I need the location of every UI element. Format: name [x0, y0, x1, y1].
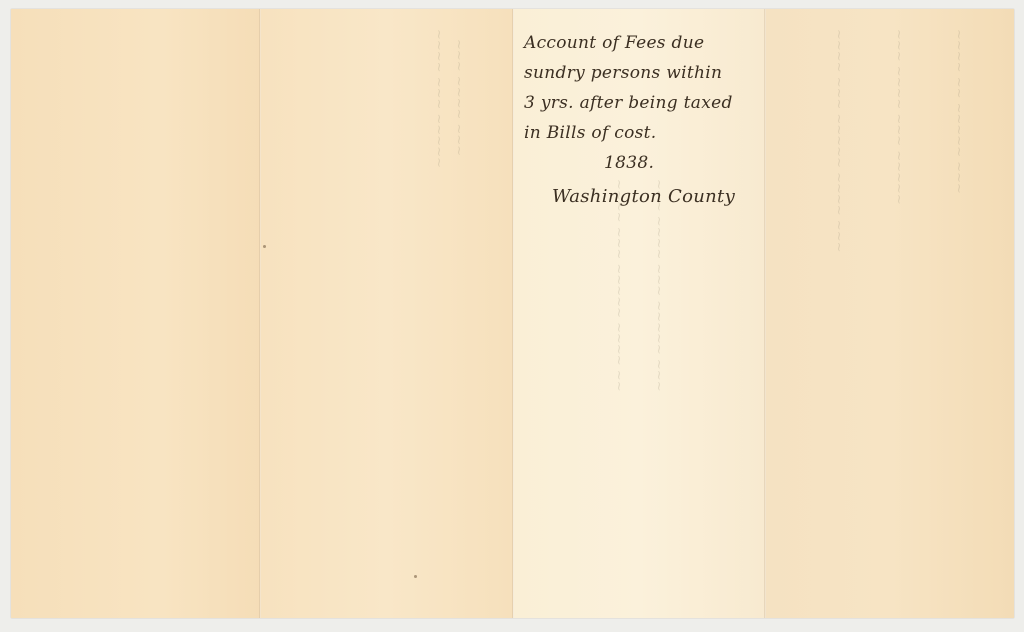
docket-year: 1838. — [524, 148, 764, 178]
docket-line-3: 3 yrs. after being taxed — [524, 88, 764, 118]
bleed-through-text: ~~~~ ~~~ ~~~~~ ~~~~ ~~ — [611, 179, 626, 509]
bleed-through-text: ~~~~ ~~ ~~~~~ ~~~ — [951, 29, 966, 409]
bleed-through-text: ~~~ ~~~~ ~~~ — [451, 39, 466, 239]
bleed-through-text: ~~~~ ~~~ ~~~~~ ~~~~ ~~~ — [831, 29, 846, 409]
document-sheet: ~~~~ ~~~ ~~~~~ ~~~ ~~~~ ~~~ ~~~~ ~~~ ~~~… — [11, 9, 1014, 618]
paper-spot — [263, 245, 266, 248]
panel-4 — [765, 9, 1014, 618]
panel-1 — [11, 9, 260, 618]
docket-line-1: Account of Fees due — [524, 28, 764, 58]
docket-line-2: sundry persons within — [524, 58, 764, 88]
bleed-through-text: ~~~~ ~~~ ~~~~~ — [431, 29, 446, 229]
docket-line-4: in Bills of cost. — [524, 118, 764, 148]
bleed-through-text: ~~~ ~~~~ ~~~ ~~~~~ ~~~ — [651, 179, 666, 509]
docket-county: Washington County — [524, 182, 764, 212]
paper-spot — [414, 575, 417, 578]
panel-2 — [260, 9, 513, 618]
bleed-through-text: ~~~ ~~~~ ~~~ ~~~~~ — [891, 29, 906, 409]
docket-inscription: Account of Fees due sundry persons withi… — [524, 28, 764, 212]
fold-line — [512, 9, 514, 618]
fold-line — [259, 9, 261, 618]
fold-line — [764, 9, 766, 618]
